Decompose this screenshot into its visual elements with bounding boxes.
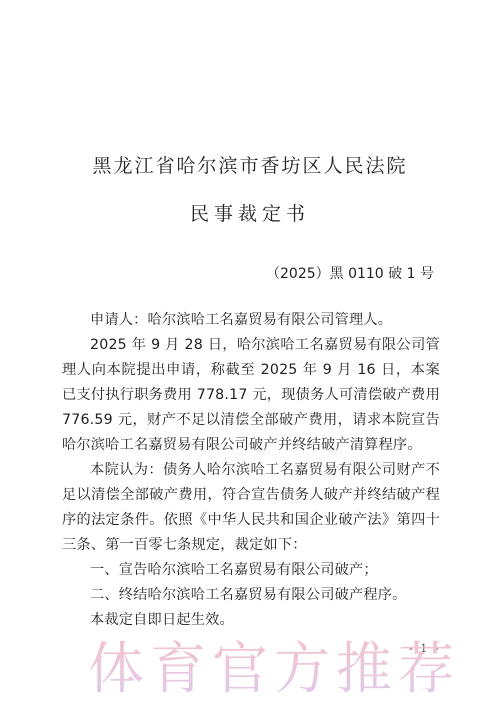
court-opinion-paragraph: 本院认为：债务人哈尔滨哈工名嘉贸易有限公司财产不足以清偿全部破产费用，符合宣告债… [62,458,440,558]
document-type-title: 民事裁定书 [0,199,500,226]
watermark-text: 体育官方推荐 [88,636,460,704]
ruling-body: 申请人：哈尔滨哈工名嘉贸易有限公司管理人。 2025 年 9 月 28 日，哈尔… [62,308,440,633]
document-page: 黑龙江省哈尔滨市香坊区人民法院 民事裁定书 （2025）黑 0110 破 1 号… [0,0,500,707]
court-name: 黑龙江省哈尔滨市香坊区人民法院 [0,151,500,178]
ruling-item-1: 一、宣告哈尔滨哈工名嘉贸易有限公司破产； [62,558,440,583]
applicant-paragraph: 申请人：哈尔滨哈工名嘉贸易有限公司管理人。 [62,308,440,333]
effective-clause: 本裁定自即日起生效。 [62,608,440,633]
case-number: （2025）黑 0110 破 1 号 [266,263,434,283]
application-paragraph: 2025 年 9 月 28 日，哈尔滨哈工名嘉贸易有限公司管理人向本院提出申请，… [62,333,440,458]
ruling-item-2: 二、终结哈尔滨哈工名嘉贸易有限公司破产程序。 [62,583,440,608]
